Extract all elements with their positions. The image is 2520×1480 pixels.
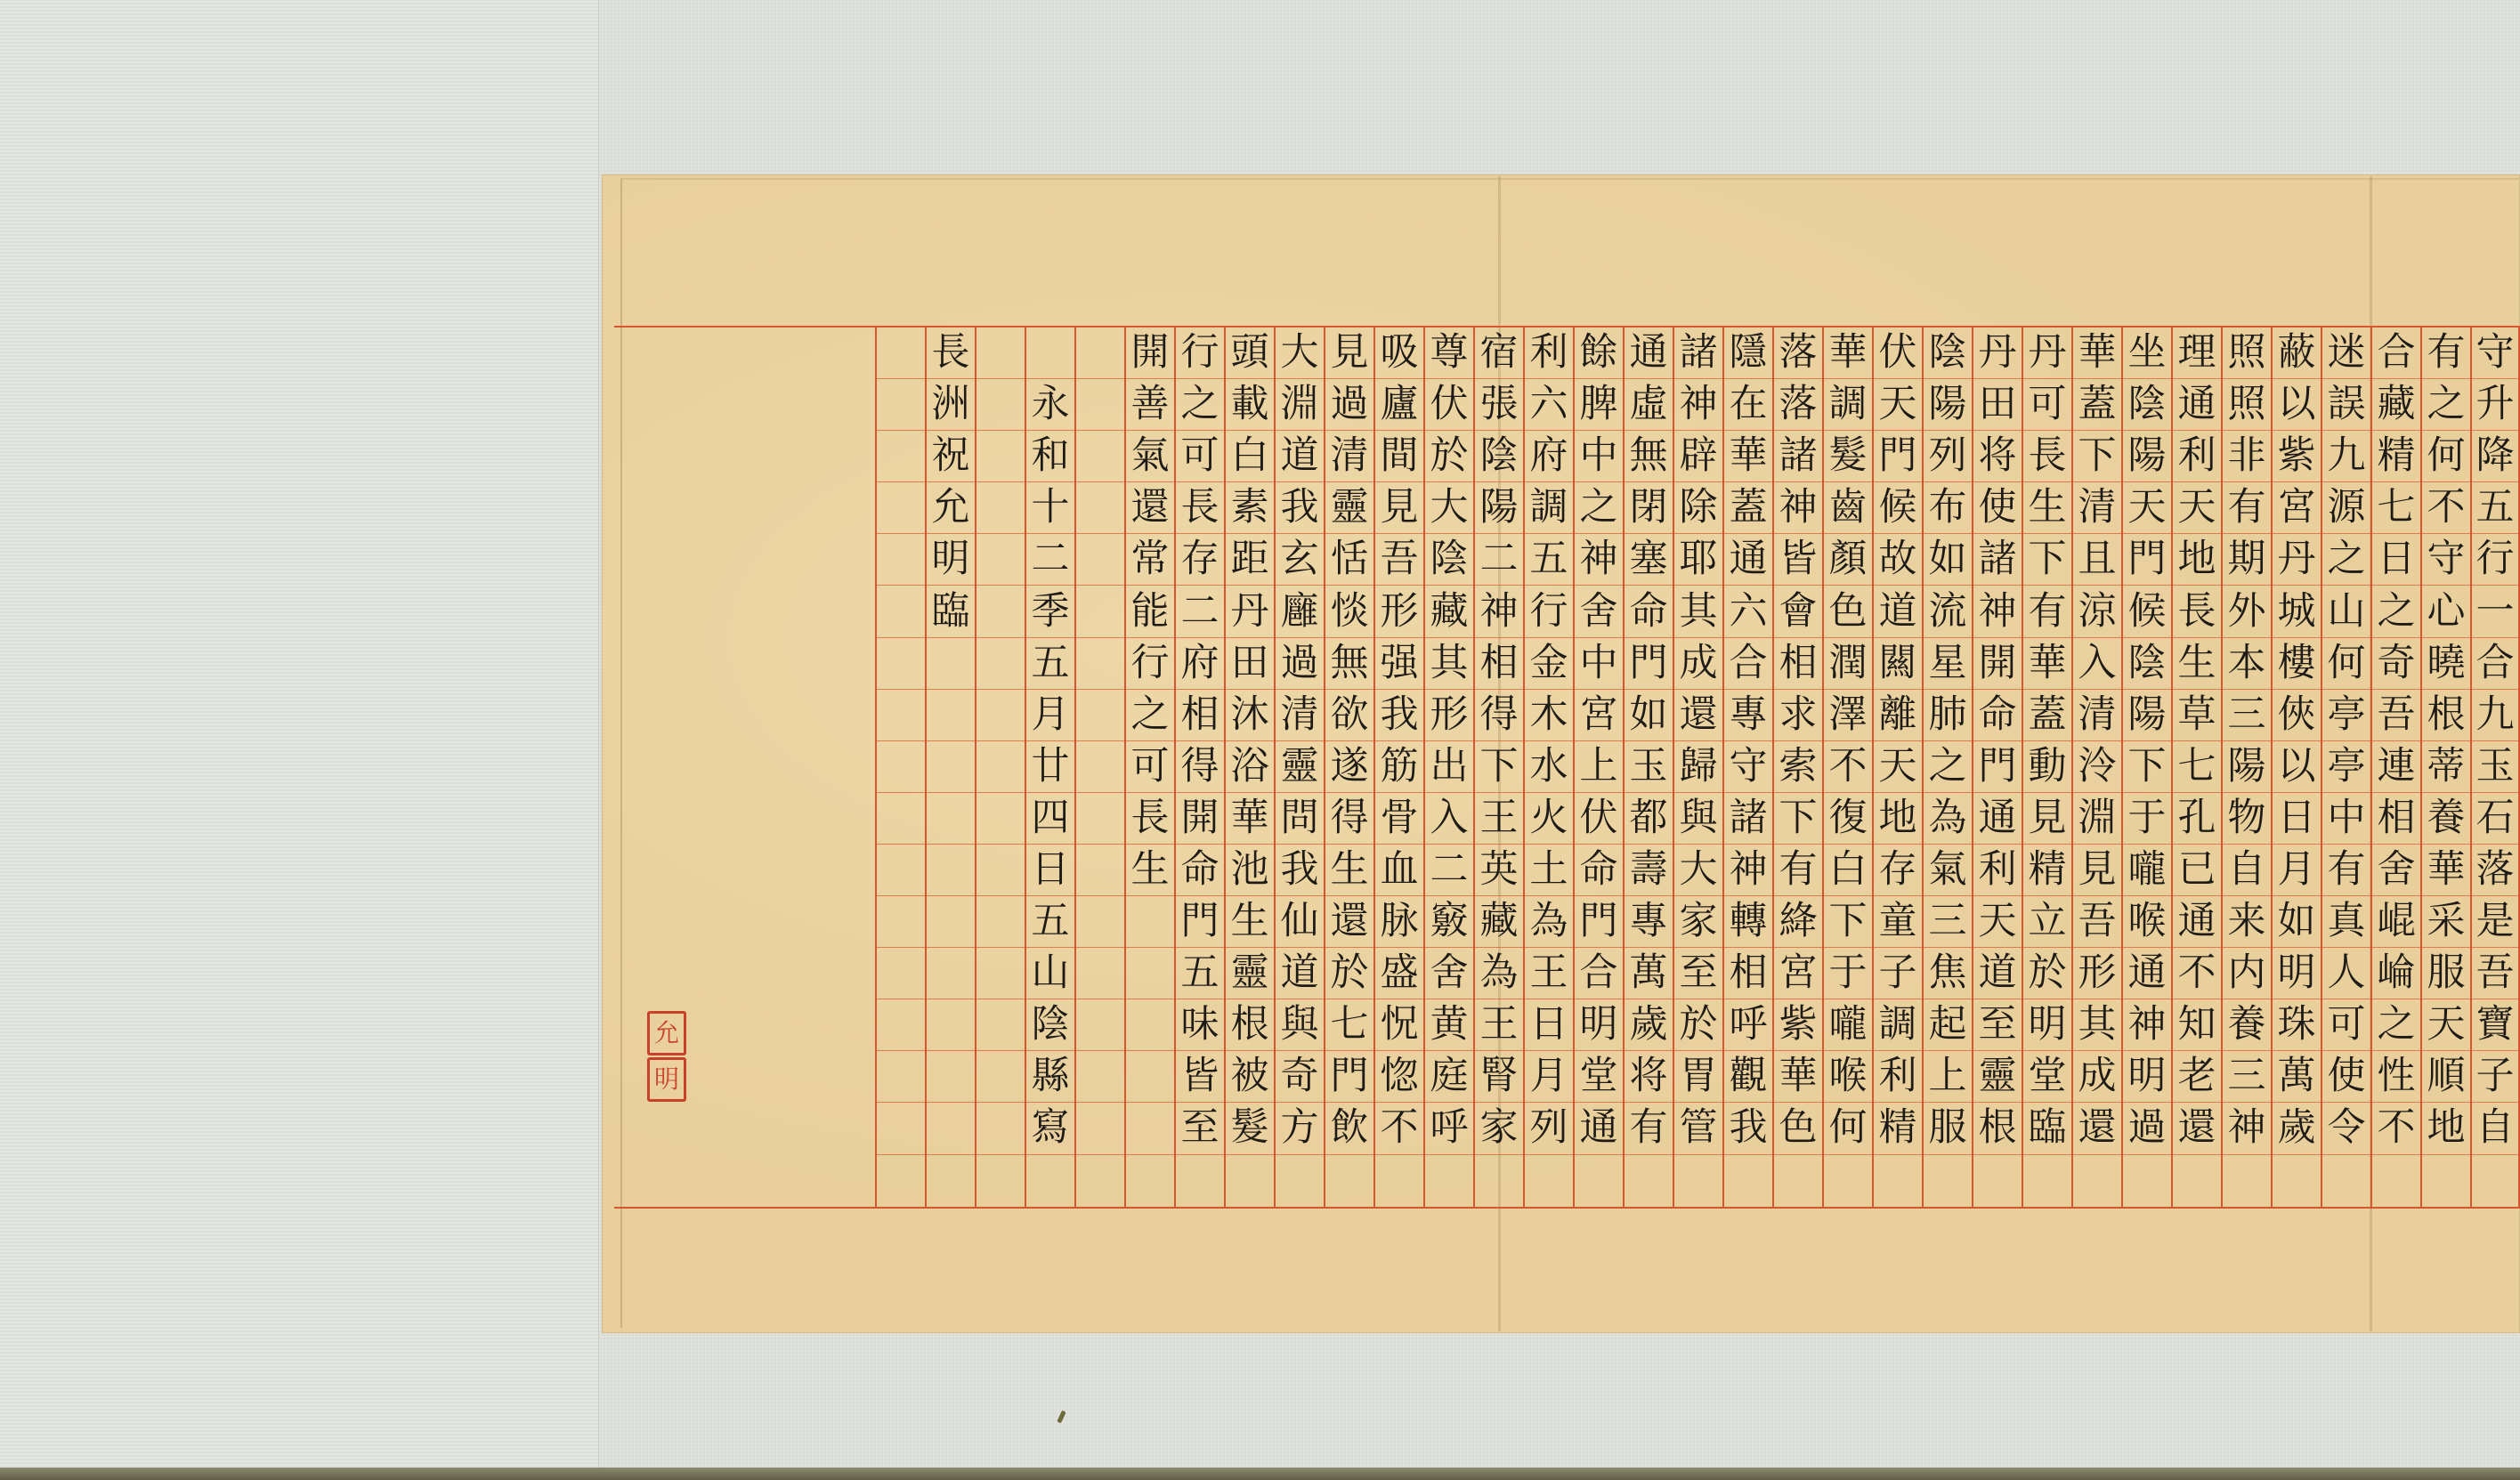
character-cell: 火 xyxy=(1525,793,1573,845)
character-cell: 利 xyxy=(1874,1051,1922,1103)
character-cell: 亭 xyxy=(2322,690,2370,741)
text-column: 通虛無閉塞命門如玉都壽專萬歲将有 xyxy=(1623,328,1673,1207)
character-cell: 相 xyxy=(1176,690,1224,741)
character-cell: 于 xyxy=(1824,948,1872,999)
character-cell: 迷 xyxy=(2322,328,2370,379)
character-cell: 為 xyxy=(1525,896,1573,948)
character-cell: 日 xyxy=(2273,793,2321,845)
character-cell: 形 xyxy=(2073,948,2121,999)
character-cell: 之 xyxy=(1575,482,1623,534)
character-cell xyxy=(1674,1155,1722,1207)
character-cell: 五 xyxy=(2472,482,2518,534)
character-cell: 宮 xyxy=(2273,482,2321,534)
character-cell: 胃 xyxy=(1674,1051,1722,1103)
character-cell xyxy=(1076,328,1124,379)
character-cell: 常 xyxy=(1126,534,1174,586)
character-cell: 四 xyxy=(1026,793,1074,845)
text-column: 長洲祝允明臨 xyxy=(925,328,975,1207)
character-cell: 田 xyxy=(1226,638,1274,690)
character-cell: 九 xyxy=(2472,690,2518,741)
character-cell: 索 xyxy=(1774,741,1822,793)
character-cell: 出 xyxy=(1425,741,1473,793)
character-cell: 門 xyxy=(1973,741,2022,793)
character-cell: 絳 xyxy=(1774,896,1822,948)
text-column: 照照非有期外本三陽物自来内養三神 xyxy=(2221,328,2271,1207)
character-cell: 将 xyxy=(1973,431,2022,482)
character-cell xyxy=(1575,1155,1623,1207)
character-cell: 丹 xyxy=(1226,586,1274,637)
character-cell: 是 xyxy=(2472,896,2518,948)
character-cell: 之 xyxy=(2422,379,2470,431)
character-cell: 十 xyxy=(1026,482,1074,534)
character-cell: 虛 xyxy=(1625,379,1673,431)
character-cell: 道 xyxy=(1276,948,1324,999)
character-cell: 神 xyxy=(2123,999,2171,1051)
character-cell: 門 xyxy=(1625,638,1673,690)
character-cell: 知 xyxy=(2173,999,2221,1051)
character-cell: 草 xyxy=(2173,690,2221,741)
text-column: 陰陽列布如流星肺之為氣三焦起上服 xyxy=(1922,328,1972,1207)
character-cell: 永 xyxy=(1026,379,1074,431)
character-cell: 大 xyxy=(1425,482,1473,534)
character-cell: 會 xyxy=(1774,586,1822,637)
character-cell xyxy=(1076,999,1124,1051)
character-cell: 有 xyxy=(1774,845,1822,896)
character-cell: 命 xyxy=(1575,845,1623,896)
character-cell: 明 xyxy=(927,534,975,586)
character-cell: 外 xyxy=(2223,586,2271,637)
character-cell: 真 xyxy=(2322,896,2370,948)
character-cell: 成 xyxy=(2073,1051,2121,1103)
character-cell: 可 xyxy=(1126,741,1174,793)
character-cell: 遂 xyxy=(1325,741,1373,793)
character-cell: 根 xyxy=(1226,999,1274,1051)
character-cell: 王 xyxy=(1475,793,1523,845)
character-cell: 地 xyxy=(1874,793,1922,845)
character-cell: 五 xyxy=(1176,948,1224,999)
character-cell: 靈 xyxy=(1276,741,1324,793)
character-cell xyxy=(877,896,925,948)
text-column: 理通利天地長生草七孔已通不知老還 xyxy=(2171,328,2221,1207)
character-cell: 能 xyxy=(1126,586,1174,637)
character-cell: 存 xyxy=(1874,845,1922,896)
text-column xyxy=(975,328,1025,1207)
character-cell: 脉 xyxy=(1375,896,1423,948)
character-cell xyxy=(1076,534,1124,586)
character-cell: 涼 xyxy=(2073,586,2121,637)
character-cell: 如 xyxy=(1625,690,1673,741)
character-cell: 通 xyxy=(1575,1103,1623,1154)
character-cell: 筋 xyxy=(1375,741,1423,793)
character-cell: 至 xyxy=(1674,948,1722,999)
character-cell xyxy=(976,999,1025,1051)
character-cell: 清 xyxy=(1276,690,1324,741)
character-cell xyxy=(1874,1155,1922,1207)
character-cell: 以 xyxy=(2273,741,2321,793)
character-cell xyxy=(877,379,925,431)
character-cell: 靈 xyxy=(1325,482,1373,534)
character-cell: 黄 xyxy=(1425,999,1473,1051)
character-cell: 見 xyxy=(2023,793,2071,845)
character-cell: 根 xyxy=(2422,690,2470,741)
character-cell: 呼 xyxy=(1724,999,1772,1051)
character-cell: 嚨 xyxy=(1824,999,1872,1051)
character-cell xyxy=(976,948,1025,999)
character-cell: 見 xyxy=(2073,845,2121,896)
character-cell xyxy=(976,1103,1025,1154)
character-cell xyxy=(1126,1051,1174,1103)
character-cell: 天 xyxy=(1874,379,1922,431)
character-cell xyxy=(877,999,925,1051)
character-cell: 故 xyxy=(1874,534,1922,586)
character-cell: 皆 xyxy=(1774,534,1822,586)
character-cell: 王 xyxy=(1475,999,1523,1051)
character-cell xyxy=(1076,638,1124,690)
character-cell: 舍 xyxy=(2372,845,2420,896)
character-cell: 調 xyxy=(1525,482,1573,534)
character-cell: 服 xyxy=(2422,948,2470,999)
character-cell xyxy=(976,1051,1025,1103)
character-cell: 生 xyxy=(1126,845,1174,896)
character-cell: 腎 xyxy=(1475,1051,1523,1103)
character-cell: 伏 xyxy=(1874,328,1922,379)
character-cell: 色 xyxy=(1824,586,1872,637)
character-cell: 子 xyxy=(2472,1051,2518,1103)
character-cell: 其 xyxy=(1425,638,1473,690)
character-cell: 入 xyxy=(1425,793,1473,845)
character-cell: 浴 xyxy=(1226,741,1274,793)
character-cell: 孔 xyxy=(2173,793,2221,845)
character-cell: 相 xyxy=(1724,948,1772,999)
character-cell: 塞 xyxy=(1625,534,1673,586)
character-cell xyxy=(1076,1103,1124,1154)
character-cell: 宿 xyxy=(1475,328,1523,379)
character-cell: 崐 xyxy=(2372,896,2420,948)
character-cell: 自 xyxy=(2223,845,2271,896)
character-cell: 間 xyxy=(1375,431,1423,482)
character-cell: 歲 xyxy=(2273,1103,2321,1154)
character-cell: 水 xyxy=(1525,741,1573,793)
character-cell: 非 xyxy=(2223,431,2271,482)
character-cell: 不 xyxy=(2173,948,2221,999)
character-cell: 且 xyxy=(2073,534,2121,586)
character-cell: 縣 xyxy=(1026,1051,1074,1103)
character-cell: 開 xyxy=(1973,638,2022,690)
character-cell: 精 xyxy=(2023,845,2071,896)
character-cell: 通 xyxy=(1625,328,1673,379)
character-cell: 臨 xyxy=(927,586,975,637)
character-cell xyxy=(976,431,1025,482)
character-cell: 藏 xyxy=(1425,586,1473,637)
character-cell: 大 xyxy=(1674,845,1722,896)
character-cell: 崘 xyxy=(2372,948,2420,999)
character-cell: 耶 xyxy=(1674,534,1722,586)
character-cell: 之 xyxy=(2322,534,2370,586)
character-cell: 强 xyxy=(1375,638,1423,690)
character-cell: 落 xyxy=(2472,845,2518,896)
character-cell xyxy=(877,586,925,637)
character-cell: 還 xyxy=(1126,482,1174,534)
seal-ming: 明 xyxy=(647,1057,686,1102)
character-cell: 明 xyxy=(1575,999,1623,1051)
seal-yun: 允 xyxy=(647,1011,686,1055)
character-cell: 三 xyxy=(2223,690,2271,741)
character-cell: 門 xyxy=(2123,534,2171,586)
character-cell xyxy=(2223,1155,2271,1207)
text-column: 守升降五行一合九玉石落是吾寶子自 xyxy=(2470,328,2520,1207)
character-cell xyxy=(1724,1155,1772,1207)
character-cell: 為 xyxy=(1924,793,1972,845)
character-cell: 月 xyxy=(1525,1051,1573,1103)
character-cell: 離 xyxy=(1874,690,1922,741)
character-cell: 命 xyxy=(1176,845,1224,896)
character-cell: 見 xyxy=(1325,328,1373,379)
character-cell: 命 xyxy=(1625,586,1673,637)
ruled-text-grid: 守升降五行一合九玉石落是吾寶子自有之何不守心曉根蒂養華采服天順地合藏精七日之奇吾… xyxy=(614,326,2520,1209)
character-cell: 府 xyxy=(1176,638,1224,690)
text-column: 吸廬間見吾形强我筋骨血脉盛怳惚不 xyxy=(1373,328,1423,1207)
character-cell: 誤 xyxy=(2322,379,2370,431)
character-cell: 盛 xyxy=(1375,948,1423,999)
character-cell: 張 xyxy=(1475,379,1523,431)
character-cell xyxy=(877,328,925,379)
character-cell: 二 xyxy=(1026,534,1074,586)
character-cell xyxy=(927,845,975,896)
character-cell: 俠 xyxy=(2273,690,2321,741)
character-cell: 善 xyxy=(1126,379,1174,431)
character-cell xyxy=(2023,1155,2071,1207)
character-cell: 丹 xyxy=(1973,328,2022,379)
character-cell: 已 xyxy=(2173,845,2221,896)
character-cell xyxy=(976,690,1025,741)
character-cell: 宮 xyxy=(1774,948,1822,999)
character-cell: 降 xyxy=(2472,431,2518,482)
character-cell: 童 xyxy=(1874,896,1922,948)
character-cell: 允 xyxy=(927,482,975,534)
character-cell: 服 xyxy=(1924,1103,1972,1154)
character-cell xyxy=(976,793,1025,845)
character-cell: 齒 xyxy=(1824,482,1872,534)
character-cell: 天 xyxy=(2422,999,2470,1051)
character-cell: 落 xyxy=(1774,379,1822,431)
character-cell: 與 xyxy=(1276,999,1324,1051)
character-cell: 通 xyxy=(1973,793,2022,845)
character-cell: 神 xyxy=(2223,1103,2271,1154)
character-cell: 華 xyxy=(2073,328,2121,379)
character-cell: 不 xyxy=(2372,1103,2420,1154)
character-cell: 明 xyxy=(2023,999,2071,1051)
character-cell xyxy=(877,741,925,793)
character-cell: 諸 xyxy=(1973,534,2022,586)
character-cell: 專 xyxy=(1724,690,1772,741)
character-cell: 萬 xyxy=(2273,1051,2321,1103)
character-cell: 中 xyxy=(1575,638,1623,690)
character-cell xyxy=(976,379,1025,431)
character-cell xyxy=(1325,1155,1373,1207)
character-cell: 養 xyxy=(2422,793,2470,845)
character-cell: 尊 xyxy=(1425,328,1473,379)
character-cell: 土 xyxy=(1525,845,1573,896)
character-cell: 陰 xyxy=(1026,999,1074,1051)
character-cell: 潤 xyxy=(1824,638,1872,690)
character-cell: 陽 xyxy=(1924,379,1972,431)
character-cell: 脾 xyxy=(1575,379,1623,431)
character-cell xyxy=(877,948,925,999)
character-cell: 被 xyxy=(1226,1051,1274,1103)
character-cell: 日 xyxy=(1026,845,1074,896)
character-cell: 淵 xyxy=(1276,379,1324,431)
character-cell: 吾 xyxy=(2472,948,2518,999)
character-cell: 隱 xyxy=(1724,328,1772,379)
character-cell: 形 xyxy=(1375,586,1423,637)
character-cell: 田 xyxy=(1973,379,2022,431)
character-cell: 入 xyxy=(2073,638,2121,690)
text-column: 諸神辟除耶其成還歸與大家至於胃管 xyxy=(1673,328,1722,1207)
character-cell: 喉 xyxy=(1824,1051,1872,1103)
character-cell: 七 xyxy=(2173,741,2221,793)
character-cell: 采 xyxy=(2422,896,2470,948)
character-cell: 候 xyxy=(1874,482,1922,534)
character-cell: 不 xyxy=(2422,482,2470,534)
character-cell: 我 xyxy=(1375,690,1423,741)
character-cell: 相 xyxy=(1475,638,1523,690)
character-cell: 之 xyxy=(2372,586,2420,637)
character-cell xyxy=(1226,1155,1274,1207)
character-cell: 根 xyxy=(1973,1103,2022,1154)
character-cell: 二 xyxy=(1176,586,1224,637)
character-cell: 有 xyxy=(2223,482,2271,534)
text-column: 迷誤九源之山何亭亭中有真人可使令 xyxy=(2321,328,2370,1207)
character-cell: 性 xyxy=(2372,1051,2420,1103)
character-cell: 有 xyxy=(2023,586,2071,637)
character-cell xyxy=(976,741,1025,793)
character-cell: 沐 xyxy=(1226,690,1274,741)
character-cell: 立 xyxy=(2023,896,2071,948)
character-cell: 人 xyxy=(2322,948,2370,999)
character-cell: 門 xyxy=(1176,896,1224,948)
character-cell xyxy=(877,845,925,896)
character-cell: 相 xyxy=(1774,638,1822,690)
character-cell: 奇 xyxy=(2372,638,2420,690)
character-cell: 陽 xyxy=(2123,690,2171,741)
character-cell: 開 xyxy=(1176,793,1224,845)
character-cell xyxy=(927,793,975,845)
character-cell: 亭 xyxy=(2322,741,2370,793)
character-cell: 珠 xyxy=(2273,999,2321,1051)
character-cell: 可 xyxy=(2322,999,2370,1051)
character-cell: 方 xyxy=(1276,1103,1324,1154)
character-cell: 神 xyxy=(1475,586,1523,637)
character-cell xyxy=(877,482,925,534)
text-column: 開善氣還常能行之可長生 xyxy=(1124,328,1174,1207)
character-cell: 合 xyxy=(1575,948,1623,999)
character-cell: 合 xyxy=(2372,328,2420,379)
character-cell xyxy=(1126,948,1174,999)
character-cell: 月 xyxy=(1026,690,1074,741)
character-cell: 子 xyxy=(1874,948,1922,999)
character-cell: 伏 xyxy=(1425,379,1473,431)
character-cell: 與 xyxy=(1674,793,1722,845)
character-cell: 諸 xyxy=(1724,793,1772,845)
text-column: 隱在華蓋通六合專守諸神轉相呼觀我 xyxy=(1722,328,1772,1207)
character-cell: 生 xyxy=(2173,638,2221,690)
character-cell: 還 xyxy=(1674,690,1722,741)
character-cell: 舍 xyxy=(1575,586,1623,637)
character-cell: 何 xyxy=(2322,638,2370,690)
character-cell: 連 xyxy=(2372,741,2420,793)
text-column: 行之可長存二府相得開命門五味皆至 xyxy=(1174,328,1224,1207)
character-cell: 華 xyxy=(1824,328,1872,379)
character-cell xyxy=(976,845,1025,896)
character-cell: 竅 xyxy=(1425,896,1473,948)
character-cell: 明 xyxy=(2123,1051,2171,1103)
character-cell: 流 xyxy=(1924,586,1972,637)
character-cell: 下 xyxy=(2073,431,2121,482)
character-cell: 管 xyxy=(1674,1103,1722,1154)
character-cell: 澤 xyxy=(1824,690,1872,741)
character-cell: 長 xyxy=(1176,482,1224,534)
character-cell: 如 xyxy=(2273,896,2321,948)
text-column: 華調髮齒顏色潤澤不復白下于嚨喉何 xyxy=(1822,328,1872,1207)
character-cell xyxy=(2123,1155,2171,1207)
character-cell: 清 xyxy=(2073,482,2121,534)
character-cell: 落 xyxy=(1774,328,1822,379)
character-cell: 家 xyxy=(1475,1103,1523,1154)
character-cell: 吸 xyxy=(1375,328,1423,379)
character-cell: 生 xyxy=(1325,845,1373,896)
character-cell: 神 xyxy=(1575,534,1623,586)
character-cell xyxy=(1076,948,1124,999)
character-cell: 陽 xyxy=(1475,482,1523,534)
character-cell: 陽 xyxy=(2223,741,2271,793)
character-cell: 精 xyxy=(2372,431,2420,482)
character-cell: 府 xyxy=(1525,431,1573,482)
character-cell: 過 xyxy=(1276,638,1324,690)
character-cell: 堂 xyxy=(2023,1051,2071,1103)
character-cell: 諸 xyxy=(1774,431,1822,482)
character-cell: 利 xyxy=(1525,328,1573,379)
character-cell: 利 xyxy=(1973,845,2022,896)
character-cell: 陰 xyxy=(2123,638,2171,690)
character-cell: 季 xyxy=(1026,586,1074,637)
character-cell xyxy=(877,638,925,690)
roller-edge xyxy=(0,1468,2520,1480)
text-column: 餘脾中之神舍中宮上伏命門合明堂通 xyxy=(1573,328,1623,1207)
character-cell: 使 xyxy=(1973,482,2022,534)
character-cell: 恬 xyxy=(1325,534,1373,586)
character-cell: 調 xyxy=(1874,999,1922,1051)
character-cell: 其 xyxy=(2073,999,2121,1051)
character-cell xyxy=(1625,1155,1673,1207)
character-cell: 下 xyxy=(2023,534,2071,586)
character-cell: 行 xyxy=(1126,638,1174,690)
character-cell: 日 xyxy=(1525,999,1573,1051)
character-cell: 行 xyxy=(2472,534,2518,586)
character-cell: 不 xyxy=(1824,741,1872,793)
character-cell xyxy=(927,999,975,1051)
character-cell xyxy=(2472,1155,2518,1207)
character-cell: 上 xyxy=(1575,741,1623,793)
character-cell: 形 xyxy=(1425,690,1473,741)
character-cell xyxy=(2173,1155,2221,1207)
character-cell xyxy=(976,328,1025,379)
character-cell: 得 xyxy=(1325,793,1373,845)
character-cell: 老 xyxy=(2173,1051,2221,1103)
character-cell: 和 xyxy=(1026,431,1074,482)
character-cell: 生 xyxy=(1226,896,1274,948)
character-cell: 陰 xyxy=(1425,534,1473,586)
character-cell: 神 xyxy=(1724,845,1772,896)
